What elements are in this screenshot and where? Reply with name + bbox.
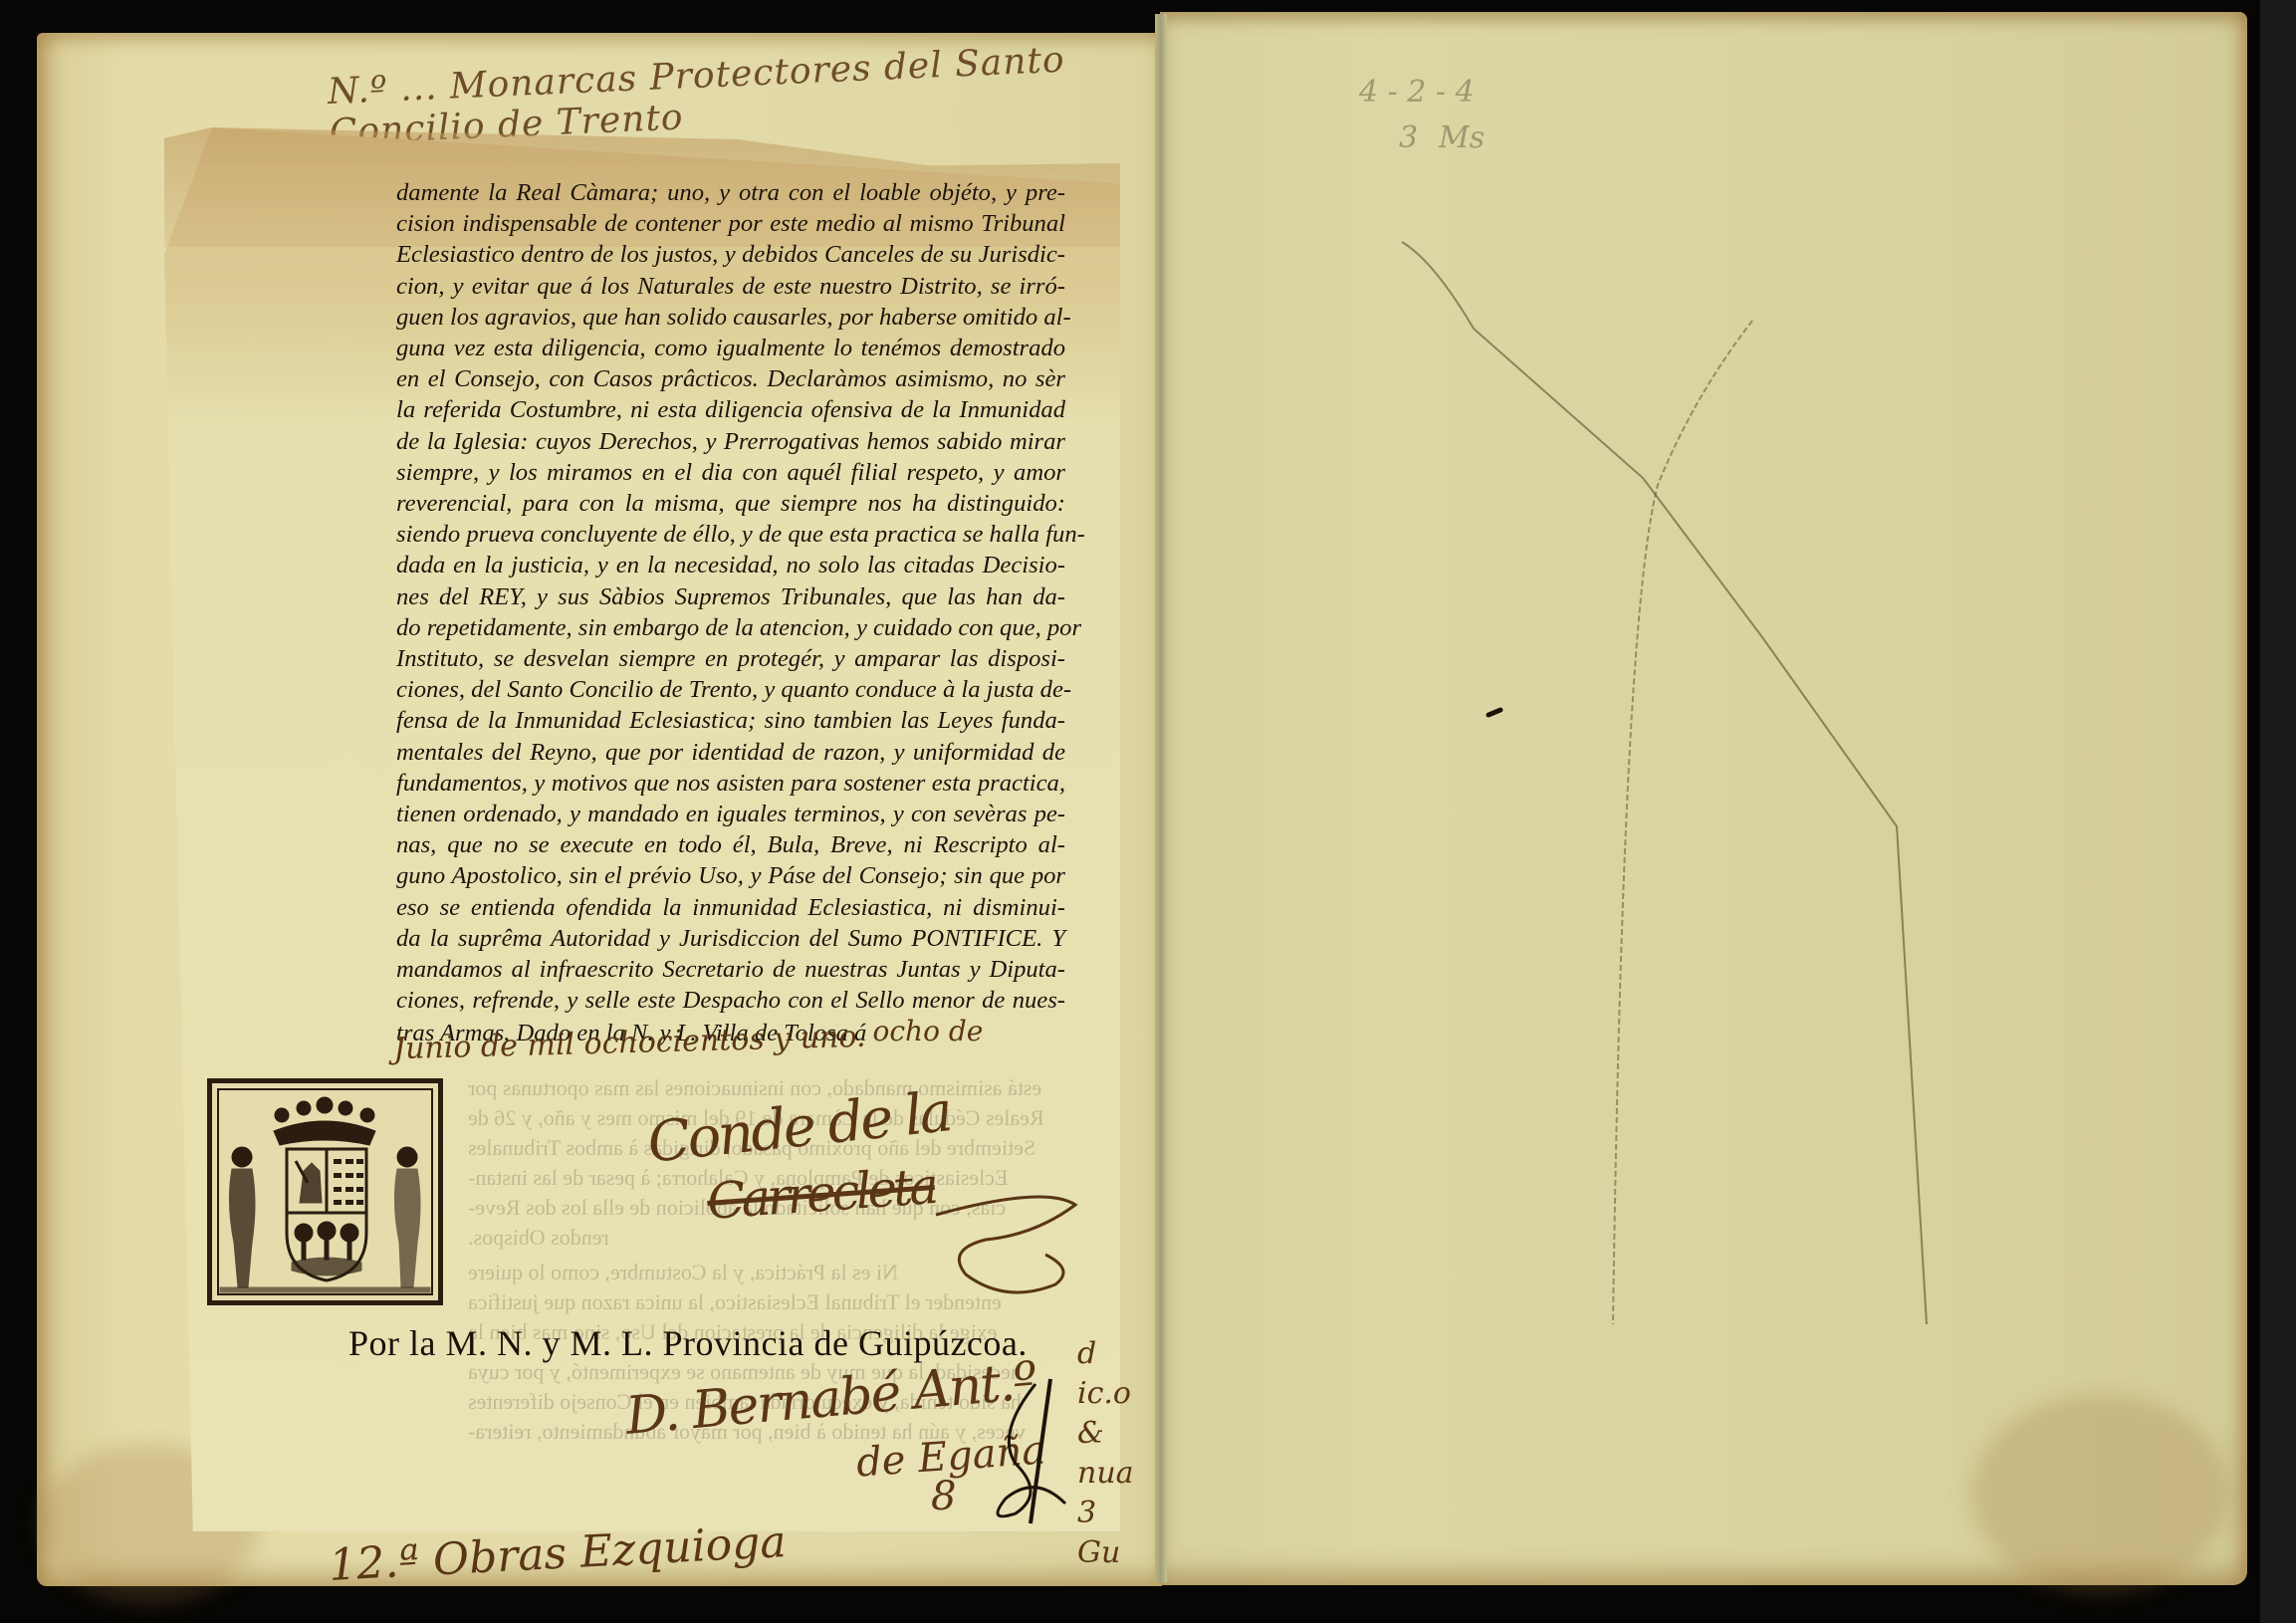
province-heading: Por la M. N. y M. L. Provincia de Guipúz… (348, 1322, 1028, 1364)
text-line: dada en la justicia, y en la necesidad, … (396, 550, 1065, 580)
text-line: damente la Real Càmara; uno, y otra con … (396, 177, 1065, 208)
text-line: da la suprêma Autoridad y Jurisdiccion d… (396, 923, 1065, 954)
secretary-rubric-icon (976, 1374, 1075, 1533)
text-line: nas, que no se execute en todo él, Bula,… (396, 829, 1065, 860)
text-line: la referida Costumbre, ni esta diligenci… (396, 394, 1065, 425)
text-line: Instituto, se desvelan siempre en proteg… (396, 643, 1065, 674)
text-line: en el Consejo, con Casos prâcticos. Decl… (396, 363, 1065, 394)
handwritten-day: ocho de (873, 1015, 984, 1047)
text-line: nes del REY, y sus Sàbios Supremos Tribu… (396, 581, 1065, 612)
text-line: ciones, del Santo Concilio de Trento, y … (396, 674, 1065, 705)
text-line: fundamentos, y motivos que nos asisten p… (396, 768, 1065, 799)
margin-handwriting: d ic.o & nua 3 Gu (1077, 1334, 1157, 1573)
text-line: eso se entienda ofendida la inmunidad Ec… (396, 892, 1065, 923)
signature-number: 8 (931, 1474, 956, 1519)
text-line: cion, y evitar que á los Naturales de es… (396, 271, 1065, 302)
text-line: Eclesiastico dentro de los justos, y deb… (396, 239, 1065, 270)
coat-of-arms-seal (207, 1078, 443, 1305)
rubric-flourish-icon (926, 1175, 1085, 1304)
text-line: siempre, y los miramos en el dia con aqu… (396, 457, 1065, 488)
text-line: guno Apostolico, sin el prévio Uso, y Pá… (396, 860, 1065, 891)
printed-body-text: damente la Real Càmara; uno, y otra con … (396, 177, 1065, 1049)
text-line: siendo prueva concluyente de éllo, y de … (396, 519, 1065, 550)
text-line: cision indispensable de contener por est… (396, 208, 1065, 239)
text-line: de la Iglesia: cuyos Derechos, y Prerrog… (396, 426, 1065, 457)
text-line: do repetidamente, sin embargo de la aten… (396, 612, 1065, 643)
text-line: guna vez esta diligencia, como igualment… (396, 333, 1065, 363)
coat-of-arms-icon (212, 1083, 438, 1300)
text-line: tienen ordenado, y mandado en iguales te… (396, 799, 1065, 829)
text-line: ciones, refrende, y selle este Despacho … (396, 985, 1065, 1016)
text-line: mentales del Reyno, que por identidad de… (396, 737, 1065, 768)
text-line: reverencial, para con la misma, que siem… (396, 488, 1065, 519)
text-line: fensa de la Inmunidad Eclesiastica; sino… (396, 705, 1065, 736)
text-line: guen los agravios, que han solido causar… (396, 302, 1065, 333)
text-line: mandamos al infraescrito Secretario de n… (396, 954, 1065, 985)
